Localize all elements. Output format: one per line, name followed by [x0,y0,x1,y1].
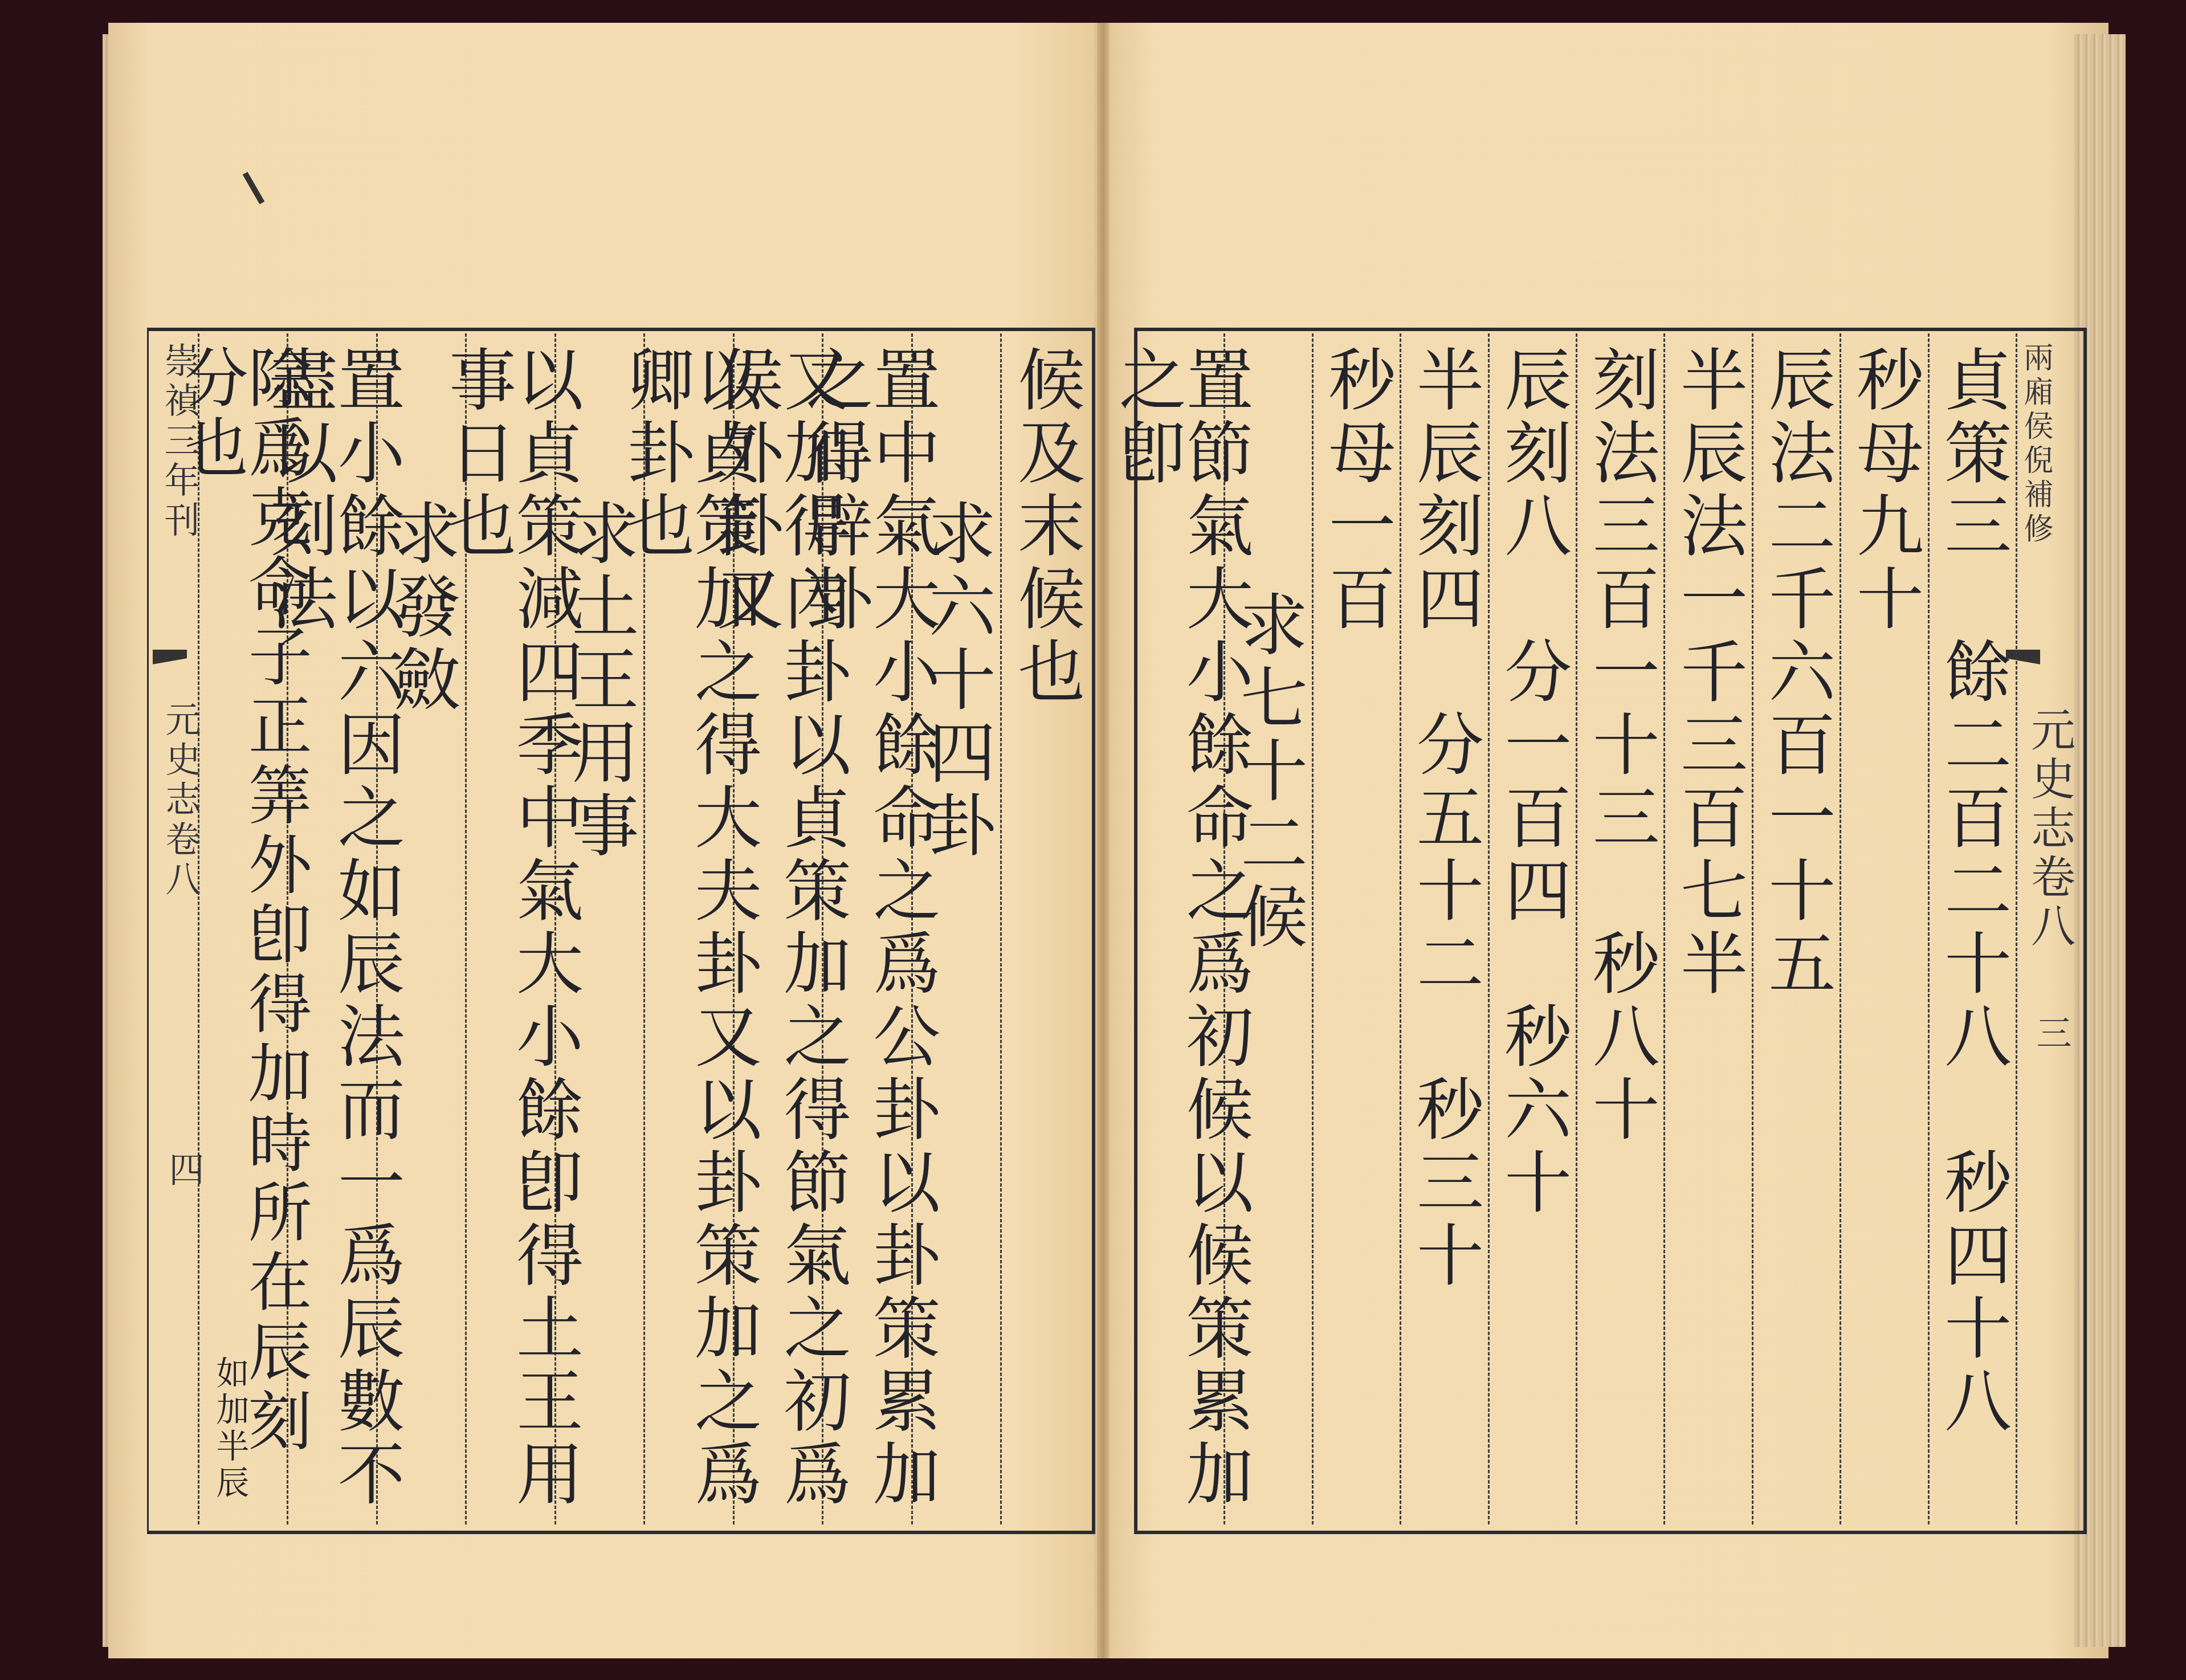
text-column: 秒母九十 [1840,333,1927,1524]
column-text: 半辰法一千三百七半 [1675,345,1742,1001]
column-text: 辰刻八 分一百四 秒六十 [1499,345,1566,1220]
text-column: 半辰法一千三百七半 [1663,333,1751,1524]
text-column: 以貞策減四季中氣大小餘卽得土王用事日也 [465,333,554,1524]
book-spine [1097,23,1110,1658]
text-column: 刻法三百一十三 秒八十 [1576,333,1663,1524]
text-column: 除爲克命子正筭外卽得加時所在辰刻分也如加半辰 [198,333,287,1524]
right-page-columns: 貞策三 餘二百二十八 秒四十八 秒母九十 辰法二千六百一十五 半辰法一千三百七半… [1137,333,2078,1524]
column-text: 貞策三 餘二百二十八 秒四十八 [1939,345,2006,1439]
text-column: 半辰刻四 分五十二 秒三十 [1400,333,1487,1524]
text-column: 辰刻八 分一百四 秒六十 [1488,333,1576,1524]
text-column: 辰法二千六百一十五 [1752,333,1840,1524]
left-page-columns: 候及末候也 求六十四卦 置中氣大小餘命之爲公卦以卦策累加之得辟卦 又加得內卦以貞… [149,333,1090,1524]
column-text: 辰法二千六百一十五 [1763,345,1830,1001]
text-column: 置節氣大小餘命之爲初候以候策累加之卽 [1137,333,1223,1524]
column-text: 半辰刻四 分五十二 秒三十 [1411,345,1478,1293]
text-column: 候及末候也 [1000,333,1090,1524]
margin-column [149,333,197,1524]
column-text: 置節氣大小餘命之爲初候以候策累加之卽 [1114,345,1248,1524]
margin-column [2016,333,2078,1524]
text-column: 以貞策加之得大夫卦又以卦策加之爲卿卦也 [643,333,733,1524]
text-column: 貞策三 餘二百二十八 秒四十八 [1928,333,2016,1524]
interlinear-note: 如加半辰 [206,1356,254,1502]
column-text: 候及末候也 [1012,345,1079,709]
column-text: 秒母一百 [1323,345,1390,637]
column-text: 秒母九十 [1851,345,1918,637]
text-column: 秒母一百 [1312,333,1400,1524]
column-text: 刻法三百一十三 秒八十 [1587,345,1654,1147]
column-text: 除爲克命子正筭外卽得加時所在辰刻分也 [179,345,307,1524]
